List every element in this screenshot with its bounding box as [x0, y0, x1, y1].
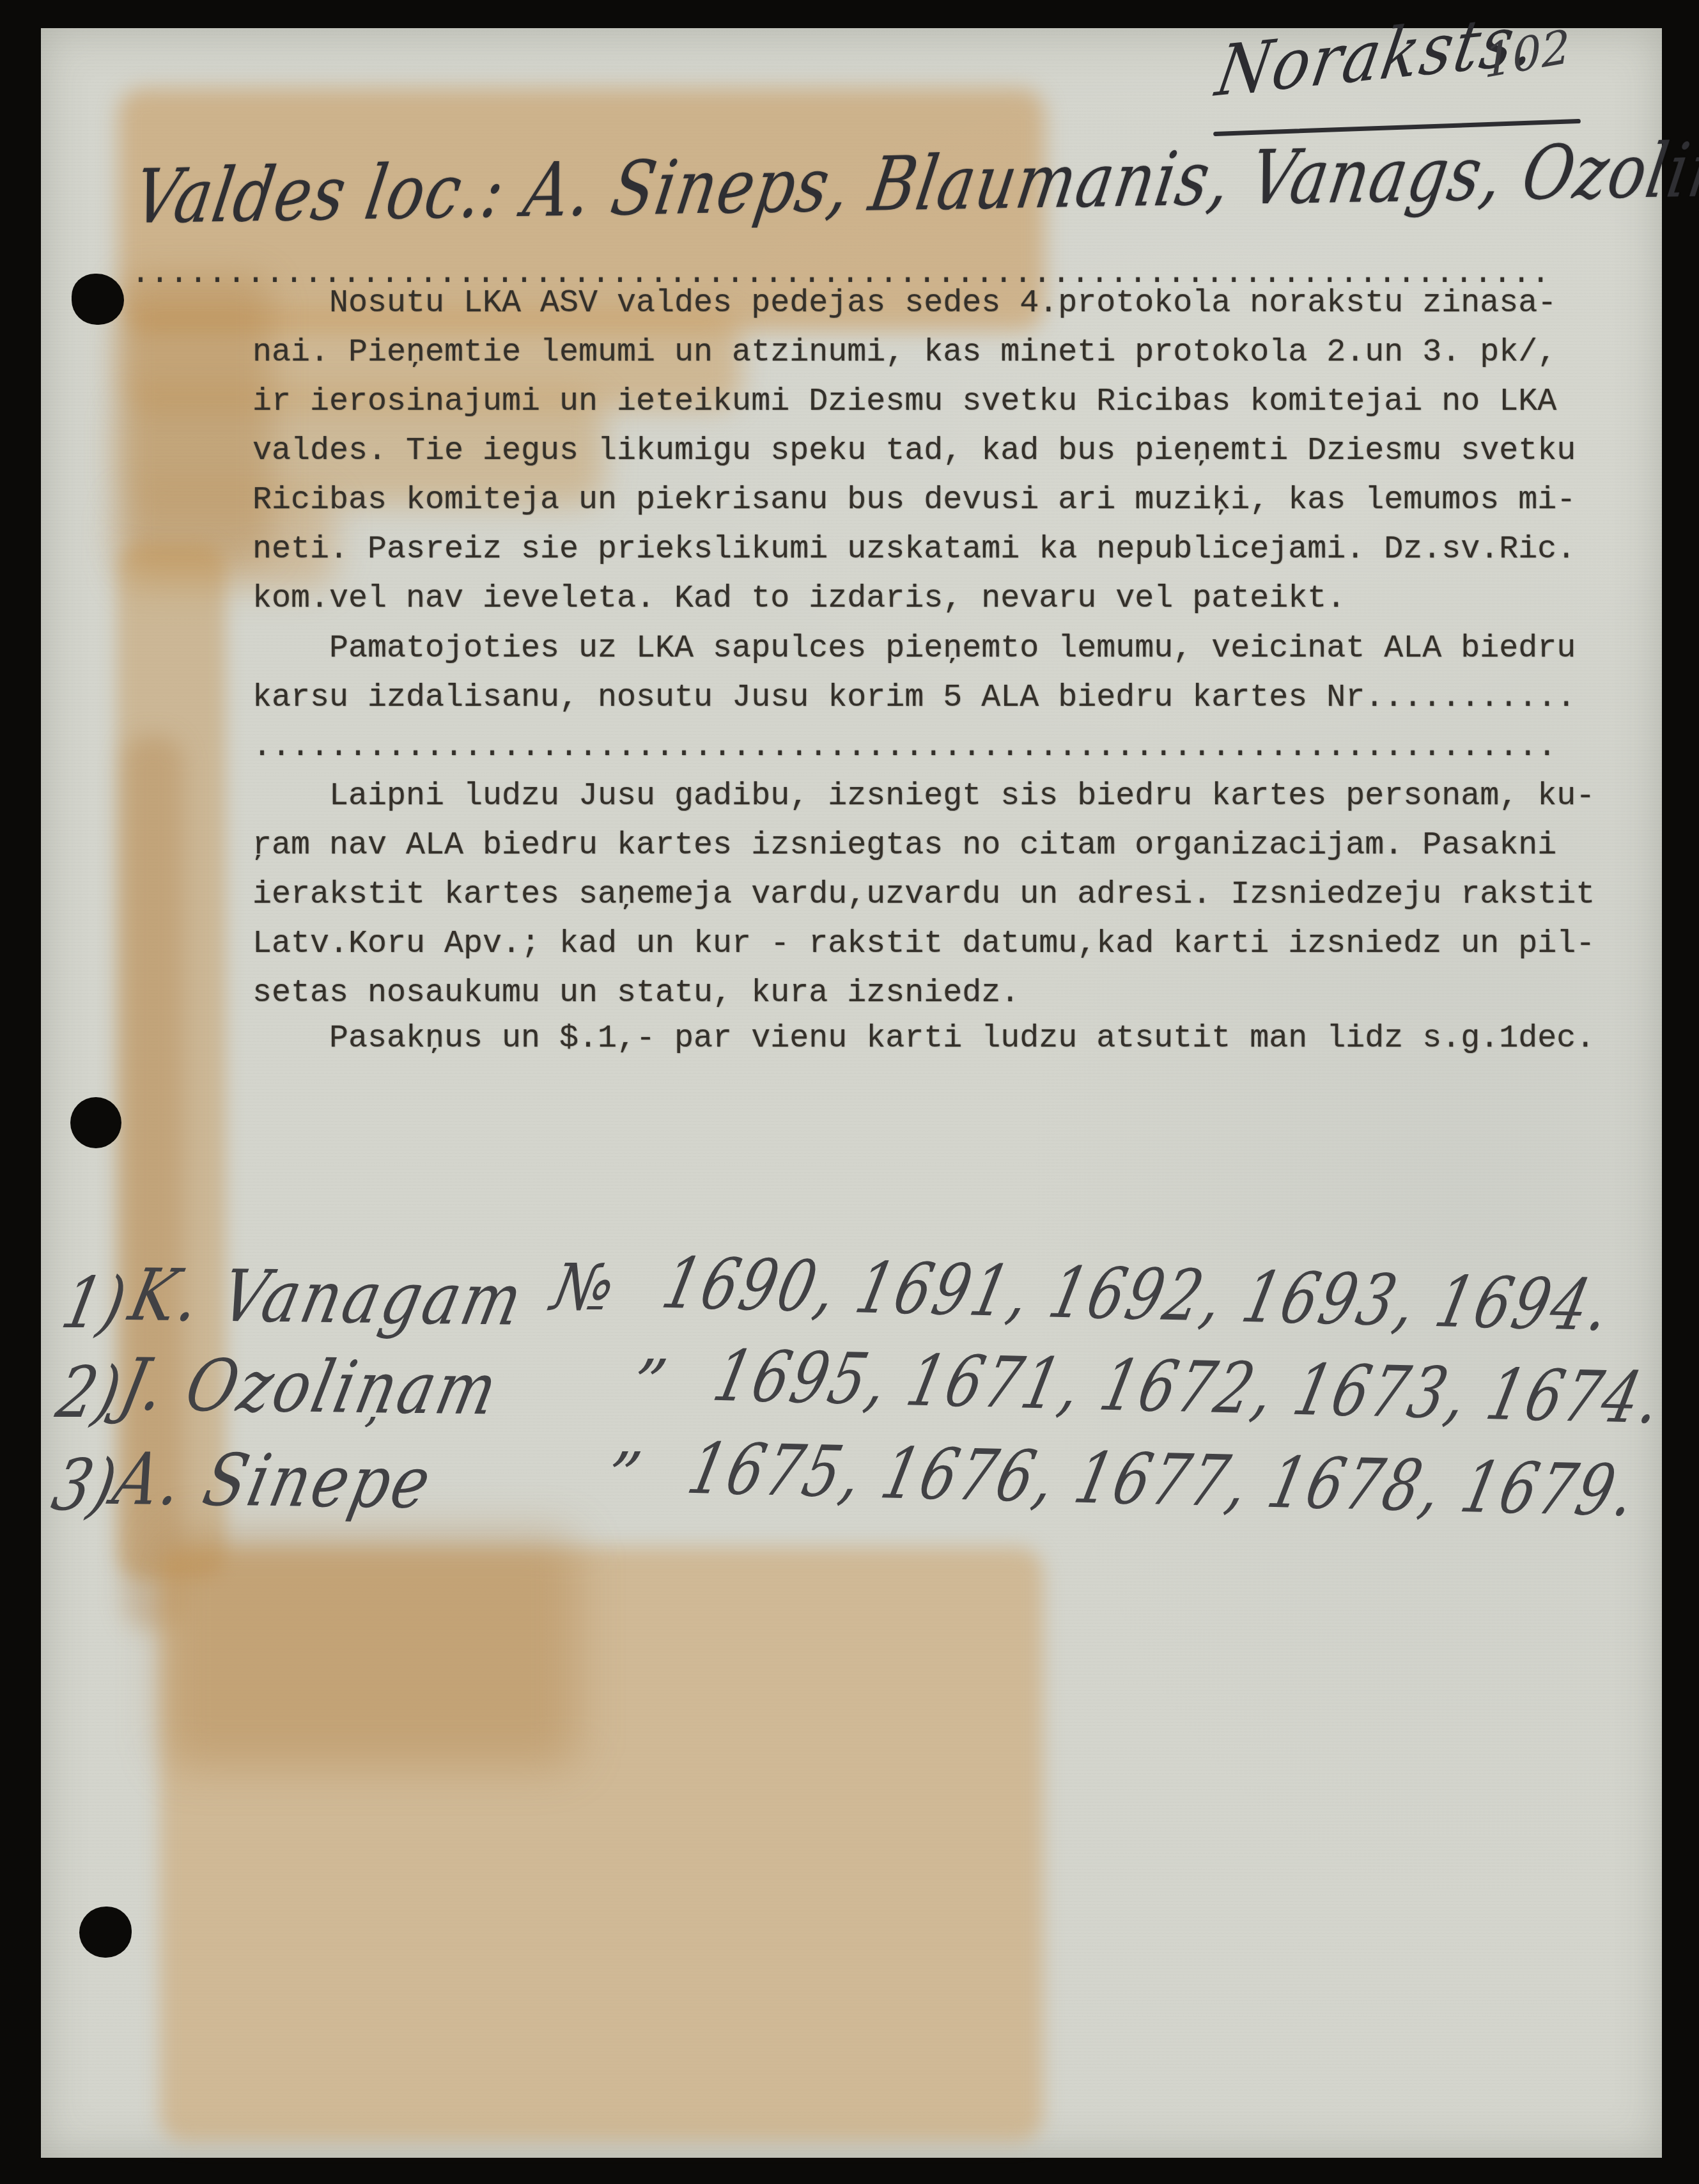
typed-line: nai. Pieņemtie lemumi un atzinumi, kas m… — [252, 337, 1556, 369]
typed-line: Latv.Koru Apv.; kad un kur - rakstit dat… — [252, 928, 1595, 960]
typed-line: Nosutu LKA ASV valdes pedejas sedes 4.pr… — [252, 288, 1556, 320]
typed-line: Pasakņus un $.1,- par vienu karti ludzu … — [252, 1023, 1595, 1055]
typed-line: ŗam nav ALA biedru kartes izsniegtas no … — [252, 830, 1556, 862]
punch-hole-top — [72, 274, 124, 325]
typed-line: ierakstit kartes saņemeja vardu,uzvardu … — [252, 879, 1595, 911]
punch-hole-bottom — [79, 1907, 132, 1958]
typed-line: Laipni ludzu Jusu gadibu, izsniegt sis b… — [252, 781, 1595, 813]
typed-line: setas nosaukumu un statu, kura izsniedz. — [252, 978, 1020, 1010]
allocation-name: K. Vanagam — [122, 1254, 531, 1341]
scanned-document: { "page": { "corner_note": "Noraksts.", … — [0, 0, 1699, 2184]
typed-line: karsu izdalisanu, nosutu Jusu korim 5 AL… — [252, 682, 1576, 714]
typed-line: Ricibas komiteja un piekrisanu bus devus… — [252, 485, 1576, 517]
typed-dotted-fill-line: ........................................… — [252, 731, 1556, 763]
allocation-name: J. Ozoliņam — [112, 1343, 506, 1431]
typed-line: Pamatojoties uz LKA sapulces pieņemto le… — [252, 633, 1576, 665]
typed-line: ir ierosinajumi un ieteikumi Dziesmu sve… — [252, 386, 1556, 418]
typed-line: neti. Pasreiz sie priekslikumi uzskatami… — [252, 534, 1576, 566]
allocation-name: A. Sinepe — [106, 1438, 440, 1525]
numero-sign: № — [547, 1250, 620, 1325]
typed-line: valdes. Tie iegus likumigu speku tad, ka… — [252, 435, 1576, 467]
punch-hole-middle — [70, 1097, 121, 1148]
typed-line: kom.vel nav ieveleta. Kad to izdaris, ne… — [252, 583, 1346, 615]
